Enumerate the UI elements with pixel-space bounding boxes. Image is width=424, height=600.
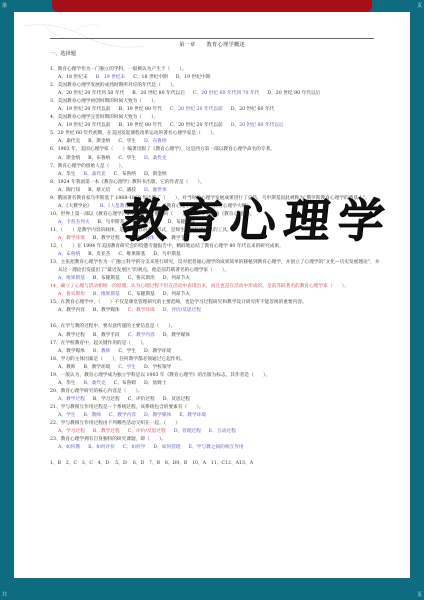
option: A、教师 bbox=[58, 364, 75, 372]
option: D、列昂节夫 bbox=[163, 291, 190, 299]
question-options: A、教学内容B、教学媒体C、教学环境D、评价/反思过程 bbox=[50, 307, 380, 315]
option: B、19 世纪 80 年代 bbox=[119, 106, 162, 114]
option: D、斯金纳 bbox=[144, 171, 167, 179]
option: B、蔡元培 bbox=[88, 187, 110, 195]
option: A、鲁宾斯坦 bbox=[58, 291, 85, 299]
question-stem: 5、20 世纪 60 年代初期，在美国发起课程改革运动的著名心理学家是（ ）。 bbox=[50, 130, 380, 138]
option: B、19 世纪 80 年代 bbox=[119, 122, 162, 130]
option: C、评价/反思过程 bbox=[128, 428, 166, 436]
option: D、詹姆士 bbox=[144, 380, 167, 388]
question-stem: 16、在学与教的过程中，要有意传递的主要信息是（ ）。 bbox=[50, 323, 380, 331]
option: A、斯金纳 bbox=[58, 155, 80, 163]
question-stem: 2、美国教育心理学发展的成熟时期所对应的年代是（ ）。 bbox=[50, 82, 380, 90]
option: C、维果斯基 bbox=[118, 251, 145, 259]
corner-label-top-left: 第 bbox=[2, 2, 7, 9]
option: C、学生 bbox=[118, 348, 136, 356]
question-stem: 17、在学校教育中，起关键作用的是（ ）。 bbox=[50, 340, 380, 348]
option: B、如何评价 bbox=[88, 444, 115, 452]
question-stem: 22、学与教相互作用过程由下列哪些活动交织在一起。（ ） bbox=[50, 420, 380, 428]
option: A、华生 bbox=[58, 171, 75, 179]
question-options: A、华生B、桑代克C、布鲁纳D、斯金纳 bbox=[50, 171, 380, 179]
option: D、反思过程 bbox=[163, 396, 190, 404]
question-stem: 6、1903 年，美国心理学家（ ）编著出版了《教育心理学》，这是西方第一部以教… bbox=[50, 146, 380, 154]
option: D、如何管理 bbox=[153, 444, 180, 452]
question-stem: 20、教育心理学研究的核心内容是（ ）。 bbox=[50, 388, 380, 396]
option: E、互动过程 bbox=[209, 428, 236, 436]
question-options: A、维果斯基B、布隆斯基C、鲁宾斯坦D、列昂节夫 bbox=[50, 275, 380, 283]
question-stem: 7、教育心理学的创始人是（ ）。 bbox=[50, 163, 380, 171]
question-stem: 14、确立了心理与活动相统一的原理，认为心理过程不但在活动中表现出来，而且也是在… bbox=[50, 283, 380, 291]
option: B、皮亚杰 bbox=[88, 251, 110, 259]
option: B、学习过程 bbox=[93, 396, 120, 404]
option: C、20 世纪 20 年代以前 bbox=[170, 106, 223, 114]
question-stem: 3、美国教育心理学初创时期的时间大致为（ ）。 bbox=[50, 98, 380, 106]
option: A、卡普杰列夫 bbox=[58, 219, 90, 227]
option: C、20 世纪 60 年代到 70 年代 bbox=[193, 90, 259, 98]
question-stem: 15、在教育心理学中，（ ）不仅是课堂管理研究的主要范畴，也是学习过程研究和教学… bbox=[50, 299, 380, 307]
option: A、如何教 bbox=[58, 444, 80, 452]
decorative-branch-sketch bbox=[24, 16, 144, 56]
option: A、维果斯基 bbox=[58, 275, 85, 283]
option: C、如何学 bbox=[123, 444, 145, 452]
spacer bbox=[50, 315, 380, 323]
question-list: 1、教育心理学作为一门独立的学科，一般被认为产生于（ ）。A、18 世纪末B、1… bbox=[50, 66, 380, 468]
option: C、布隆斯基 bbox=[128, 291, 155, 299]
question-options: A、如何教B、如何评价C、如何学D、如何管理E、学与教之间的相互作用 bbox=[50, 444, 380, 452]
chapter-title: 第一章 教育心理学概述 bbox=[14, 41, 410, 48]
option: C、教学环境 bbox=[128, 307, 155, 315]
option: B、桑代克 bbox=[83, 171, 105, 179]
option: C、布鲁纳 bbox=[114, 171, 136, 179]
option: C、学生 bbox=[118, 364, 136, 372]
question-stem: 13、主张把教育心理学作为一门独立科学的分支来进行研究，反对把普通心理学的成果简… bbox=[50, 259, 380, 275]
question-options: A、19 世纪 20 年代以前B、19 世纪 80 年代C、20 世纪 20 年… bbox=[50, 106, 380, 114]
option: A、教学过程 bbox=[58, 396, 85, 404]
option: A、教学环境 bbox=[58, 235, 85, 243]
option: D、桑代克 bbox=[144, 155, 167, 163]
option: D、20 世纪 90 年代以后 bbox=[267, 90, 320, 98]
option: A、桑代克 bbox=[58, 138, 80, 146]
option: A、布鲁纳 bbox=[58, 251, 80, 259]
option: B、教学媒体 bbox=[93, 307, 120, 315]
option: B、布鲁纳 bbox=[88, 155, 110, 163]
corner-label-top-right: 页 bbox=[417, 2, 422, 9]
option: C、华生 bbox=[118, 138, 136, 146]
option: D、教学媒体 bbox=[163, 332, 190, 340]
corner-label-bottom-right: 页 bbox=[417, 591, 422, 598]
option: B、桑代克 bbox=[83, 380, 105, 388]
question-options: A、学生B、教师C、教学内容D、教学媒体E、教学环境 bbox=[50, 412, 380, 420]
option: D、评价/反思过程 bbox=[163, 307, 201, 315]
question-options: A、斯金纳B、布鲁纳C、华生D、桑代克 bbox=[50, 155, 380, 163]
answer-key: 1、B 2、C 3、C 4、D 5、D 6、D 7、B 8、D9、B 10、A … bbox=[50, 460, 380, 468]
option: D、20 世纪 80 年代以后 bbox=[231, 122, 284, 130]
question-options: A、鲁宾斯坦B、维果斯基C、布隆斯基D、列昂节夫 bbox=[50, 291, 380, 299]
overlay-title: 教育心理学 bbox=[119, 184, 396, 250]
option: A、19 世纪 20 年代以前 bbox=[58, 106, 111, 114]
question-stem: 1、教育心理学作为一门独立的学科，一般被认为产生于（ ）。 bbox=[50, 66, 380, 74]
option: C、布鲁姆 bbox=[114, 380, 136, 388]
option: B、教学手段 bbox=[93, 332, 120, 340]
option: B、教师 bbox=[83, 412, 101, 420]
option: C、教学内容 bbox=[109, 412, 136, 420]
option: D、管理过程 bbox=[174, 428, 201, 436]
option: B、教学环境 bbox=[83, 364, 110, 372]
option: C、18 世纪中期 bbox=[133, 74, 167, 82]
section-title: 一、选择题 bbox=[50, 50, 76, 57]
option: C、评价过程 bbox=[128, 396, 155, 404]
question-options: A、19 世纪 20 年代以前B、19 世纪 80 年代C、20 世纪 20 年… bbox=[50, 122, 380, 130]
question-stem: 23、教育心理学拥有自身独特的研究课题，即（ ）。 bbox=[50, 436, 380, 444]
question-options: A、教学过程B、教学手段C、教学内容D、教学媒体 bbox=[50, 332, 380, 340]
top-banner bbox=[52, 0, 372, 12]
option: D、19 世纪中期 bbox=[176, 74, 211, 82]
option: D、列昂节夫 bbox=[163, 275, 190, 283]
question-options: A、教学过程B、学习过程C、评价过程D、反思过程 bbox=[50, 396, 380, 404]
question-options: A、桑代克B、斯金纳C、华生D、布鲁纳 bbox=[50, 138, 380, 146]
question-options: A、18 世纪末B、19 世纪末C、18 世纪中期D、19 世纪中期 bbox=[50, 74, 380, 82]
option: D、学校领导 bbox=[144, 364, 171, 372]
option: D、教学媒体 bbox=[144, 412, 171, 420]
option: A、18 世纪末 bbox=[58, 74, 88, 82]
option: C、华生 bbox=[118, 155, 136, 163]
option: A、学生 bbox=[58, 412, 75, 420]
option: B、维果斯基 bbox=[93, 291, 120, 299]
option: B、教学过程 bbox=[93, 428, 120, 436]
question-options: A、教学媒体B、教师C、学生D、教学环境 bbox=[50, 348, 380, 356]
option: C、教学内容 bbox=[128, 332, 155, 340]
document-page: 第一章 教育心理学概述 一、选择题 1、教育心理学作为一门独立的学科，一般被认为… bbox=[14, 12, 410, 578]
question-stem: 18、学习的主体因素是（ ），任何教学都必须通过它起作用。 bbox=[50, 356, 380, 364]
question-options: A、华生B、桑代克C、布鲁姆D、詹姆士 bbox=[50, 380, 380, 388]
option: B、斯金纳 bbox=[88, 138, 110, 146]
corner-label-bottom-left: 共 bbox=[2, 591, 7, 598]
question-options: A、20 世纪 20 年代到 50 年代B、20 世纪 80 年代以后C、20 … bbox=[50, 90, 380, 98]
option: A、20 世纪 20 年代到 50 年代 bbox=[58, 90, 124, 98]
option: C、鲁宾斯坦 bbox=[128, 275, 155, 283]
question-options: A、学习过程B、教学过程C、评价/反思过程D、管理过程E、互动过程 bbox=[50, 428, 380, 436]
option: D、教学环境 bbox=[144, 348, 171, 356]
option: B、布隆斯基 bbox=[93, 275, 120, 283]
question-stem: 4、美国教育心理学完善时期的时间大致为（ ）。 bbox=[50, 114, 380, 122]
question-stem: 19、一般认为，教育心理学成为独立学科是以 1903 年《教育心理学》的出版为标… bbox=[50, 372, 380, 380]
question-options: A、教师B、教学环境C、学生D、学校领导 bbox=[50, 364, 380, 372]
header-rule bbox=[50, 38, 374, 39]
option: A、19 世纪 20 年代以前 bbox=[58, 122, 111, 130]
option: B、20 世纪 80 年代以后 bbox=[132, 90, 185, 98]
option: A、学习过程 bbox=[58, 428, 85, 436]
option: B、教学过程 bbox=[93, 235, 120, 243]
option: A、教学内容 bbox=[58, 307, 85, 315]
option: B、教师 bbox=[93, 348, 111, 356]
option: C、20 世纪 20 年代以前 bbox=[170, 122, 223, 130]
option: E、学与教之间的相互作用 bbox=[189, 444, 244, 452]
option: E、教学环境 bbox=[179, 412, 206, 420]
option: B、19 世纪末 bbox=[96, 74, 126, 82]
option: D、乌申斯基 bbox=[153, 251, 180, 259]
question-options: A、布鲁纳B、皮亚杰C、维果斯基D、乌申斯基 bbox=[50, 251, 380, 259]
option: A、陶行知 bbox=[58, 187, 80, 195]
option: D、布鲁纳 bbox=[144, 138, 167, 146]
question-stem: 21、学与教相互作用过程是一个系统过程，该系统包含的要素有（ ）。 bbox=[50, 404, 380, 412]
option: A、教学过程 bbox=[58, 332, 85, 340]
option: D、20 世纪 60 年代 bbox=[231, 106, 275, 114]
option: A、《大教学论》 bbox=[58, 203, 92, 211]
option: A、华生 bbox=[58, 380, 75, 388]
option: A、教学媒体 bbox=[58, 348, 85, 356]
